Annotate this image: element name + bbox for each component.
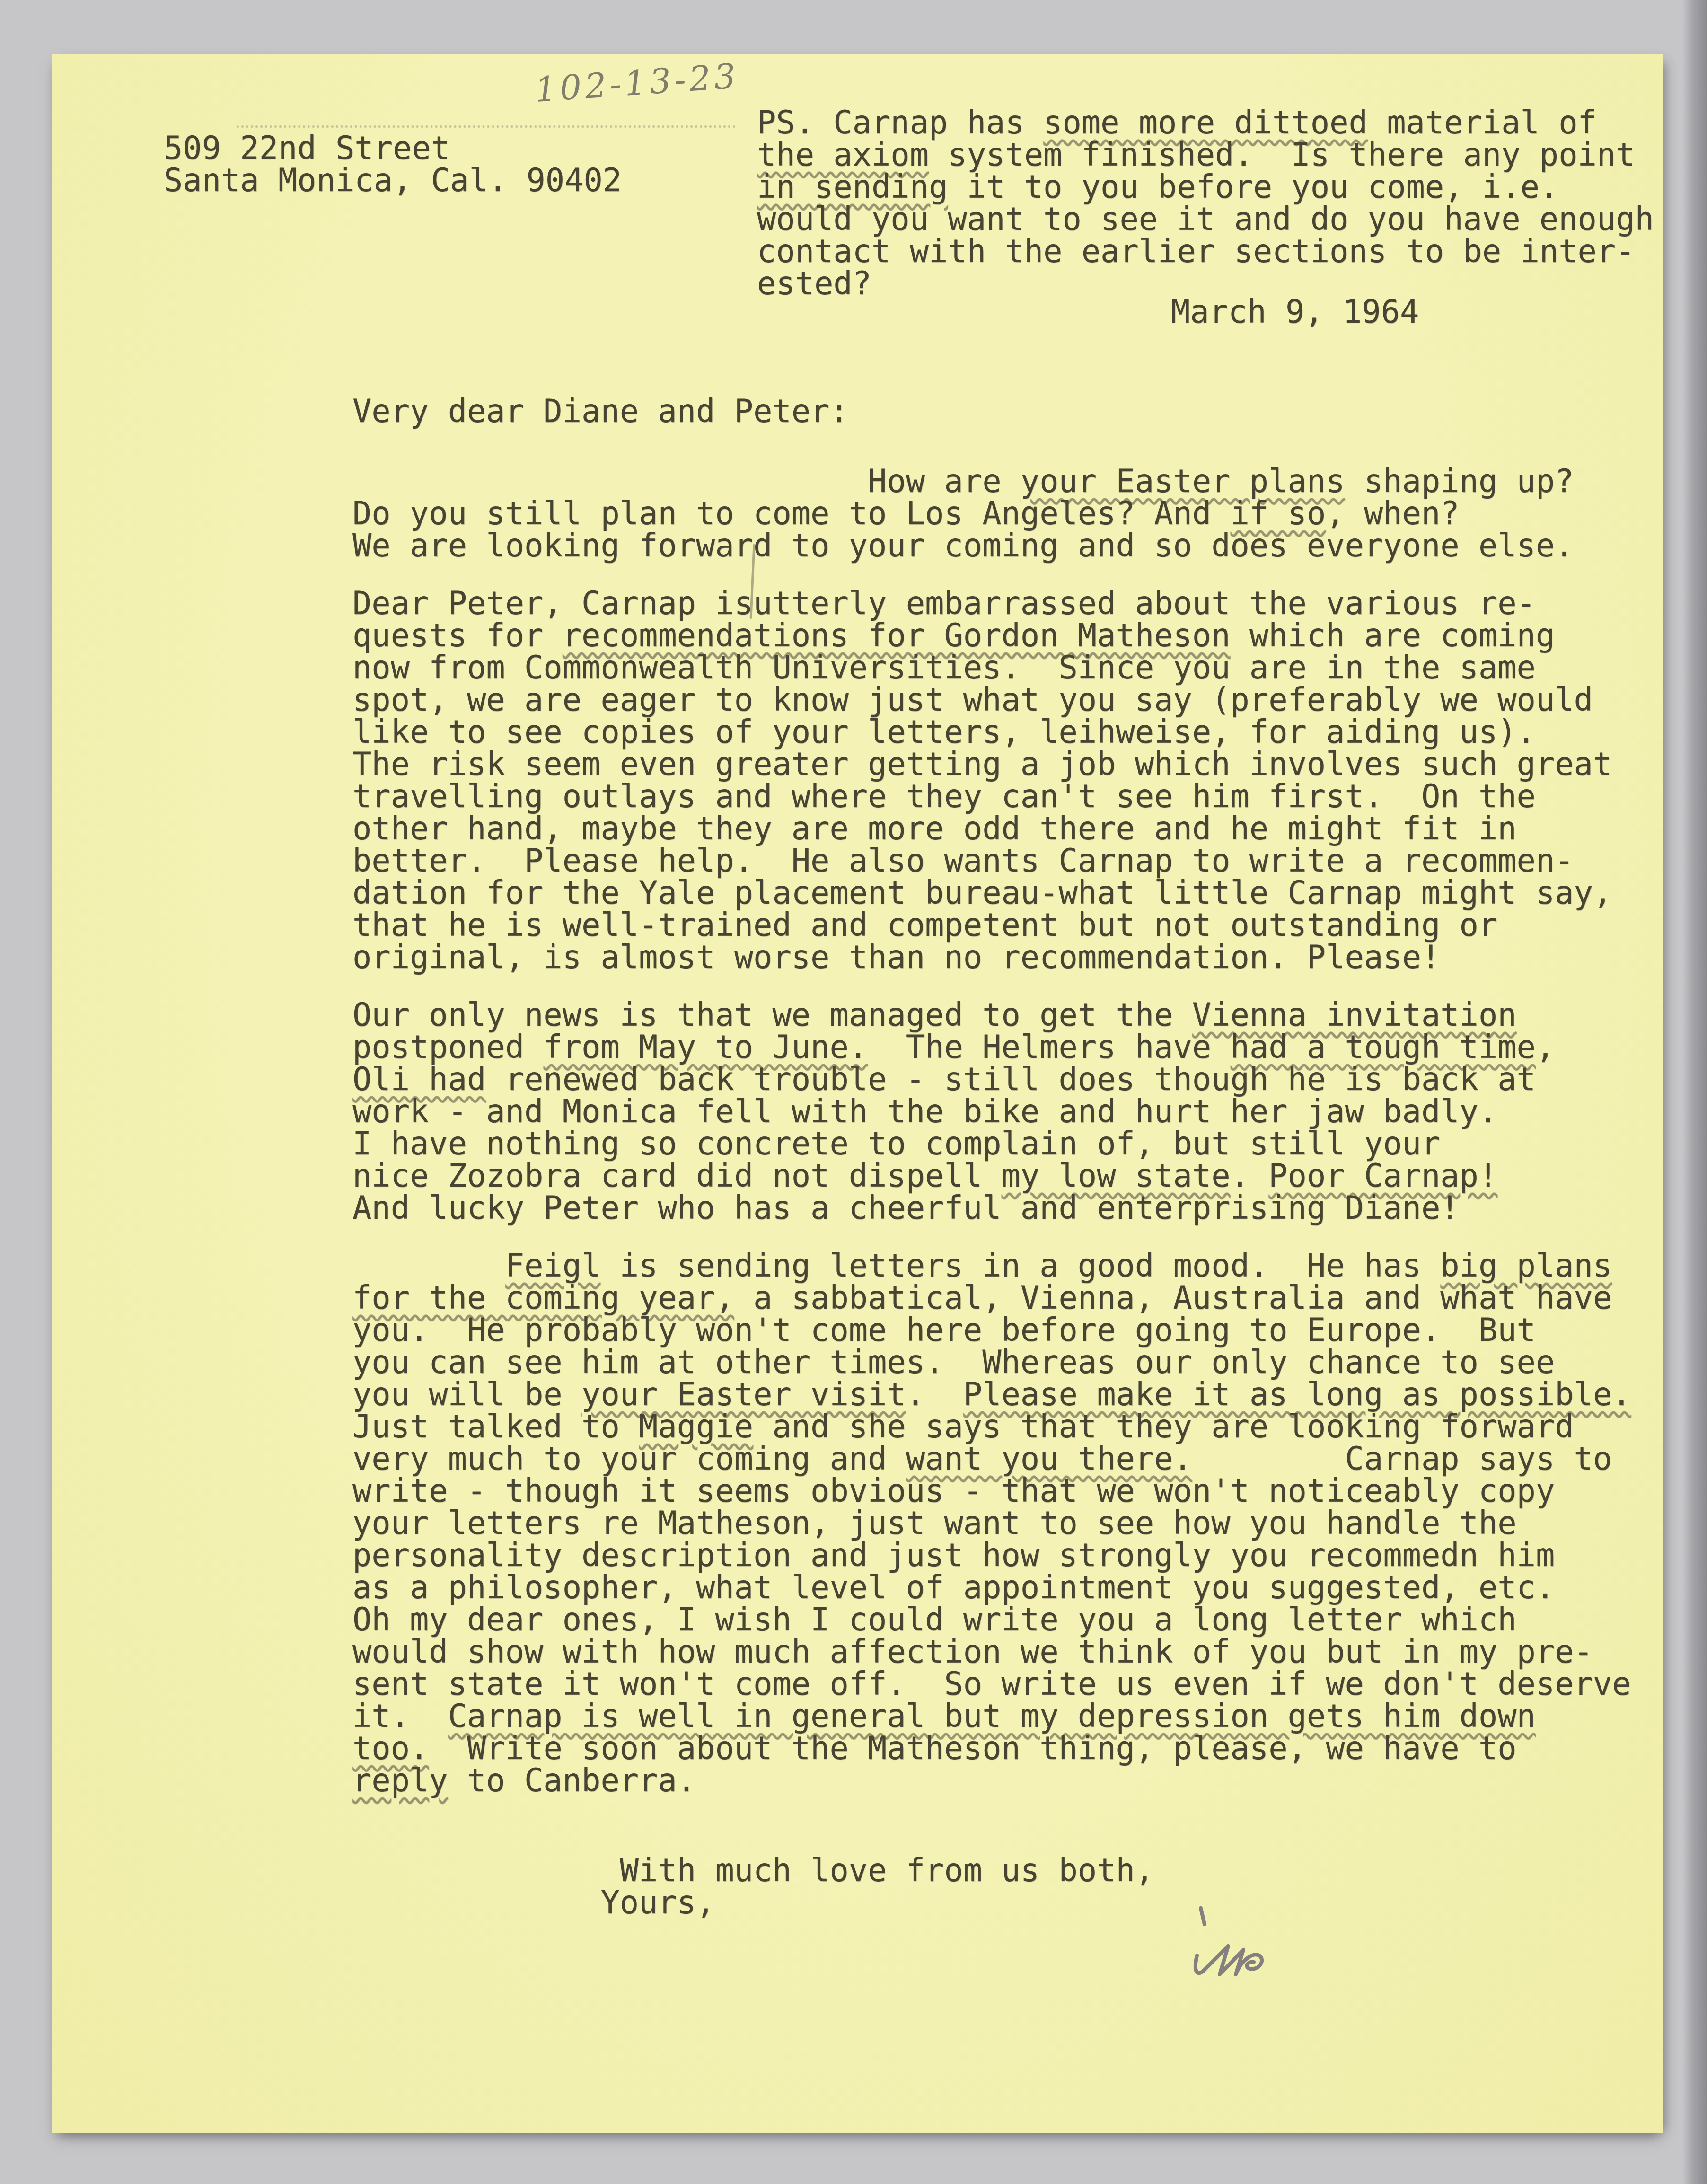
address-line-1: 509 22nd Street (164, 132, 622, 164)
typed-text (352, 1247, 505, 1284)
typed-line: for the coming year, a sabbatical, Vienn… (352, 1282, 1668, 1314)
typed-line: you can see him at other times. Whereas … (352, 1346, 1668, 1378)
letter-date: March 9, 1964 (1171, 293, 1419, 330)
typed-line: PS. Carnap has some more dittoed materia… (757, 106, 1654, 139)
typed-text: PS. Carnap has (757, 104, 1043, 141)
typed-line: would you want to see it and do you have… (757, 203, 1654, 235)
typed-text: And lucky Peter who has a cheerful and e… (352, 1189, 1460, 1226)
typed-line: contact with the earlier sections to be … (757, 235, 1654, 267)
pencil-underlined-text: Feigl (505, 1247, 601, 1284)
typed-text: Write soon about the Matheson thing, ple… (429, 1730, 1516, 1767)
typed-line: write - though it seems obvious - that w… (352, 1475, 1668, 1507)
typed-text: you. He probably won't come here before … (352, 1312, 1536, 1348)
typed-text: it to you before you come, i.e. (948, 168, 1558, 205)
typed-line: travelling outlays and where they can't … (352, 780, 1668, 812)
closing-line: With much love from us both, Yours, (352, 1822, 1668, 1854)
paragraph-1: How are your Easter plans shaping up?Do … (352, 465, 1668, 562)
typed-text: Oh my dear ones, I wish I could write yo… (352, 1601, 1517, 1638)
typed-line: How are your Easter plans shaping up? (352, 465, 1668, 497)
typed-line: quests for recommendations for Gordon Ma… (352, 619, 1668, 652)
typed-text: write - though it seems obvious - that w… (352, 1472, 1555, 1509)
handwritten-archive-number: 102-13-23 (534, 56, 740, 110)
typed-text: a sabbatical, Vienna, Australia and what… (734, 1279, 1612, 1316)
typed-text: , (1536, 1029, 1555, 1066)
typed-line: the axiom system finished. Is there any … (757, 139, 1654, 171)
paragraph-3: Our only news is that we managed to get … (352, 999, 1668, 1224)
typed-text: other hand, maybe they are more odd ther… (352, 810, 1517, 847)
scanner-edge-strip (1682, 0, 1707, 2184)
typed-text: is sending letters in a good mood. He ha… (600, 1247, 1440, 1284)
pencil-underlined-text: big plans (1440, 1247, 1612, 1284)
pencil-underlined-text: your Easter plans (1021, 463, 1345, 500)
typed-text: Carnap says to (1192, 1440, 1612, 1477)
pencil-underlined-text: too. (352, 1730, 429, 1767)
typed-line: Oli had renewed back trouble - still doe… (352, 1063, 1668, 1095)
typed-text: that he is well-trained and competent bu… (352, 907, 1497, 943)
typed-line: that he is well-trained and competent bu… (352, 909, 1668, 941)
pencil-underlined-text: in sending (757, 168, 948, 205)
pencil-underlined-text: recommendations for Gordon Matheson (563, 617, 1231, 654)
typed-text: original, is almost worse than no recomm… (352, 939, 1440, 976)
pencil-dotted-line (237, 125, 736, 128)
pencil-underlined-text: Vienna invitation (1192, 996, 1517, 1033)
sender-address: 509 22nd Street Santa Monica, Cal. 90402 (164, 132, 622, 196)
paragraph-4: Feigl is sending letters in a good mood.… (352, 1250, 1668, 1797)
pencil-underlined-text: for the coming year, (352, 1279, 734, 1316)
typed-line: And lucky Peter who has a cheerful and e… (352, 1192, 1668, 1224)
typed-text: which are coming (1231, 617, 1555, 654)
typed-line: would show with how much affection we th… (352, 1636, 1668, 1668)
typed-text: work - and Monica fell with the bike and… (352, 1093, 1497, 1130)
typed-text: it. (352, 1698, 448, 1735)
pencil-underlined-text: Maggie (639, 1408, 753, 1445)
pencil-underlined-text: if so (1231, 495, 1326, 532)
pencil-underlined-text: Carnap is well in general but my depress… (448, 1698, 1536, 1735)
typed-text: better. Please help. He also wants Carna… (352, 842, 1574, 879)
handwritten-signature-scribble (1164, 1900, 1325, 2004)
address-line-2: Santa Monica, Cal. 90402 (164, 164, 622, 196)
typed-line: We are looking forward to your coming an… (352, 529, 1668, 562)
typed-text: We are looking forward to your coming an… (352, 527, 1574, 564)
pencil-underlined-text: had a tough time (1231, 1029, 1536, 1066)
pencil-underlined-text: want you there. (906, 1440, 1192, 1477)
typed-text: Our only news is that we managed to get … (352, 996, 1192, 1033)
pencil-underlined-text: the axiom (757, 136, 929, 173)
typed-line: original, is almost worse than no recomm… (352, 941, 1668, 973)
typed-text: contact with the earlier sections to be … (757, 233, 1635, 270)
typed-text: now from Commonwealth Universities. Sinc… (352, 649, 1536, 686)
typed-text: personality description and just how str… (352, 1537, 1555, 1574)
typed-line: I have nothing so concrete to complain o… (352, 1127, 1668, 1160)
pencil-underlined-text: reply (352, 1762, 448, 1799)
typed-line: sent state it won't come off. So write u… (352, 1668, 1668, 1700)
typed-line: too. Write soon about the Matheson thing… (352, 1732, 1668, 1764)
typed-text: travelling outlays and where they can't … (352, 778, 1536, 815)
typed-text: The risk seem even greater getting a job… (352, 746, 1612, 783)
typed-text: . (1231, 1157, 1269, 1194)
typed-text: The Helmers have (868, 1029, 1230, 1066)
typed-text: like to see copies of your letters, leih… (352, 713, 1536, 750)
closing-yours: Yours, (600, 1884, 715, 1921)
pencil-underlined-text: some more dittoed (1043, 104, 1368, 141)
letter-body: Very dear Diane and Peter: How are your … (352, 395, 1668, 1854)
typed-line: Do you still plan to come to Los Angeles… (352, 497, 1668, 529)
closing-with-love: With much love from us both, (620, 1852, 1154, 1889)
typed-line: your letters re Matheson, just want to s… (352, 1507, 1668, 1539)
typed-line: postponed from May to June. The Helmers … (352, 1031, 1668, 1063)
typed-line: Just talked to Maggie and she says that … (352, 1410, 1668, 1443)
pencil-underlined-text: your Easter visit (581, 1376, 906, 1413)
postscript-block: PS. Carnap has some more dittoed materia… (757, 106, 1654, 299)
typed-text: material of (1368, 104, 1597, 141)
typed-line: very much to your coming and want you th… (352, 1443, 1668, 1475)
typed-text: . (906, 1376, 963, 1413)
typed-text: you can see him at other times. Whereas … (352, 1344, 1555, 1381)
typed-text: very much to your coming and (352, 1440, 906, 1477)
typed-line: in sending it to you before you come, i.… (757, 171, 1654, 203)
typed-text: postponed (352, 1029, 543, 1066)
typed-line: Our only news is that we managed to get … (352, 999, 1668, 1031)
pencil-underlined-text: from May to June. (543, 1029, 868, 1066)
typed-text: shaping up? (1345, 463, 1574, 500)
typed-line: Feigl is sending letters in a good mood.… (352, 1250, 1668, 1282)
typed-line: you. He probably won't come here before … (352, 1314, 1668, 1346)
typed-line: work - and Monica fell with the bike and… (352, 1095, 1668, 1127)
pencil-underlined-text: Oli had (352, 1061, 486, 1098)
typed-line: The risk seem even greater getting a job… (352, 748, 1668, 780)
typed-text: I have nothing so concrete to complain o… (352, 1125, 1440, 1162)
typed-text: sent state it won't come off. So write u… (352, 1665, 1631, 1702)
typed-text: renewed back trouble - still does though… (486, 1061, 1536, 1098)
typed-text: quests for (352, 617, 563, 654)
typed-text: your letters re Matheson, just want to s… (352, 1505, 1517, 1541)
typed-text: system finished. Is there any point (929, 136, 1635, 173)
typed-text: as a philosopher, what level of appointm… (352, 1569, 1555, 1606)
typed-text: ested? (757, 265, 871, 302)
typed-line: dation for the Yale placement bureau-wha… (352, 877, 1668, 909)
typed-line: Dear Peter, Carnap isutterly embarrassed… (352, 587, 1668, 619)
typed-text: Do you still plan to come to Los Angeles… (352, 495, 1231, 532)
typed-text: How are (352, 463, 1021, 500)
typed-text: , when? (1326, 495, 1459, 532)
typed-line: like to see copies of your letters, leih… (352, 716, 1668, 748)
pencil-underlined-text: Poor Carnap! (1268, 1157, 1497, 1194)
typed-text: dation for the Yale placement bureau-wha… (352, 874, 1612, 911)
typed-text: to Canberra. (448, 1762, 696, 1799)
typed-line: as a philosopher, what level of appointm… (352, 1571, 1668, 1603)
paragraph-2: Dear Peter, Carnap isutterly embarrassed… (352, 587, 1668, 973)
salutation: Very dear Diane and Peter: (352, 395, 1668, 427)
typed-line: reply to Canberra. (352, 1764, 1668, 1797)
typed-line: spot, we are eager to know just what you… (352, 684, 1668, 716)
typed-line: nice Zozobra card did not dispell my low… (352, 1160, 1668, 1192)
typed-line: personality description and just how str… (352, 1539, 1668, 1571)
typed-line: now from Commonwealth Universities. Sinc… (352, 652, 1668, 684)
typed-text: would show with how much affection we th… (352, 1633, 1593, 1670)
typed-line: Oh my dear ones, I wish I could write yo… (352, 1603, 1668, 1636)
typed-text: spot, we are eager to know just what you… (352, 681, 1593, 718)
typed-text: Just talked to (352, 1408, 639, 1445)
typed-text: you will be (352, 1376, 581, 1413)
typed-text: would you want to see it and do you have… (757, 201, 1654, 238)
typed-text: Dear Peter, Carnap isutterly embarrassed… (352, 585, 1536, 622)
typed-line: other hand, maybe they are more odd ther… (352, 812, 1668, 845)
pencil-underlined-text: my low state (1001, 1157, 1230, 1194)
typed-line: better. Please help. He also wants Carna… (352, 845, 1668, 877)
letter-page: 102-13-23 509 22nd Street Santa Monica, … (52, 54, 1663, 2133)
pencil-underlined-text: Please make it as long as possible. (963, 1376, 1631, 1413)
typed-line: you will be your Easter visit. Please ma… (352, 1378, 1668, 1410)
typed-text: and she says that they are looking forwa… (753, 1408, 1574, 1445)
typed-text: nice Zozobra card did not dispell (352, 1157, 1001, 1194)
typed-line: it. Carnap is well in general but my dep… (352, 1700, 1668, 1732)
